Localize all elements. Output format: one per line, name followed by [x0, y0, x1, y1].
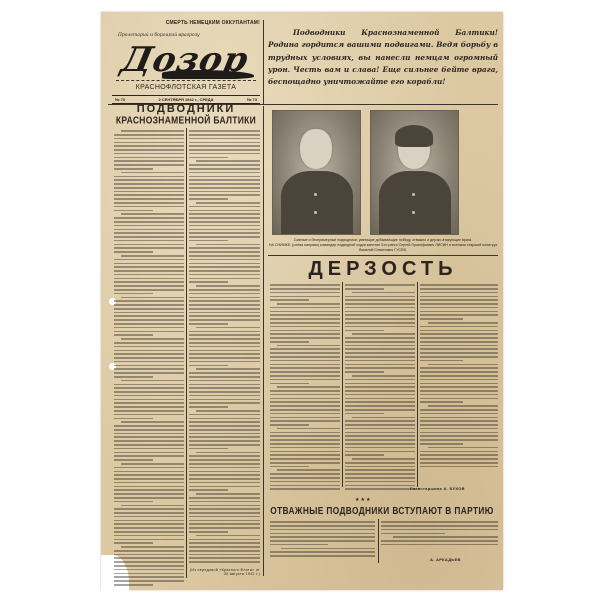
- text-line: [270, 481, 340, 483]
- text-line: [277, 345, 340, 347]
- text-line: [189, 486, 260, 488]
- text-line: [345, 326, 415, 328]
- text-line: [114, 361, 184, 363]
- text-line: [270, 447, 340, 449]
- text-line: [270, 432, 340, 434]
- text-line: [114, 387, 184, 389]
- text-line: [189, 153, 260, 155]
- text-line: [345, 420, 415, 422]
- text-line: [114, 247, 184, 249]
- text-line: [114, 391, 184, 393]
- column-divider: [342, 282, 343, 487]
- text-line: [189, 300, 260, 302]
- newspaper-subtitle: КРАСНОФЛОТСКАЯ ГАЗЕТА: [112, 84, 260, 91]
- text-line: [114, 452, 184, 454]
- text-line: [114, 395, 184, 397]
- text-line: [345, 360, 415, 362]
- text-line: [352, 417, 415, 419]
- issue-number: № 73: [112, 96, 128, 103]
- text-line: [189, 179, 260, 181]
- text-line: [345, 477, 415, 479]
- text-line: [114, 497, 184, 499]
- text-line: [189, 531, 228, 533]
- issue-number: № 73: [244, 96, 260, 103]
- text-line: [420, 439, 498, 441]
- text-line: [277, 303, 340, 305]
- text-line: [277, 469, 340, 471]
- text-line: [420, 371, 498, 373]
- text-line: [345, 314, 415, 316]
- text-line: [381, 533, 445, 535]
- text-line: [189, 399, 260, 401]
- bottom-article-signature: А. АРКАДЬЕВ: [430, 557, 461, 562]
- text-line: [114, 486, 184, 488]
- text-line: [114, 474, 184, 476]
- text-line: [114, 240, 184, 242]
- text-line: [114, 342, 184, 344]
- text-line: [196, 244, 260, 246]
- text-line: [189, 365, 228, 367]
- text-line: [189, 149, 260, 151]
- text-line: [270, 401, 340, 403]
- text-line: [270, 462, 340, 464]
- text-line: [189, 130, 260, 132]
- text-line: [189, 225, 260, 227]
- text-line: [114, 448, 184, 450]
- text-line: [345, 439, 415, 441]
- text-line: [420, 443, 463, 445]
- text-line: [345, 432, 415, 434]
- text-line: [189, 459, 260, 461]
- text-line: [420, 435, 498, 437]
- text-line: [189, 198, 228, 200]
- text-line: [189, 425, 260, 427]
- text-line: [189, 312, 260, 314]
- text-line: [121, 546, 184, 548]
- text-line: [114, 210, 153, 212]
- text-line: [345, 466, 415, 468]
- text-line: [270, 341, 309, 343]
- text-line: [381, 521, 498, 523]
- text-line: [420, 432, 498, 434]
- text-line: [114, 206, 184, 208]
- text-line: [114, 285, 184, 287]
- text-line: [121, 297, 184, 299]
- text-line: [114, 573, 184, 575]
- text-line: [420, 337, 498, 339]
- text-line: [281, 548, 376, 550]
- text-line: [420, 356, 498, 358]
- text-line: [114, 535, 184, 537]
- text-line: [420, 326, 498, 328]
- text-line: [345, 451, 415, 453]
- text-line: [189, 142, 260, 144]
- text-line: [345, 435, 415, 437]
- text-line: [189, 433, 260, 435]
- text-line: [420, 420, 498, 422]
- text-line: [114, 225, 184, 227]
- text-line: [189, 255, 260, 257]
- column-divider: [263, 20, 264, 105]
- text-line: [114, 489, 184, 491]
- text-line: [189, 304, 260, 306]
- text-line: [345, 318, 415, 320]
- text-line: [189, 478, 260, 480]
- text-line: [270, 555, 375, 557]
- text-line: [196, 327, 260, 329]
- text-line: [114, 425, 184, 427]
- text-line: [345, 390, 415, 392]
- text-line: [114, 331, 184, 333]
- text-line: [189, 471, 260, 473]
- text-line: [345, 469, 415, 471]
- portrait-photo: [272, 110, 361, 235]
- text-line: [345, 352, 415, 354]
- text-line: [420, 288, 498, 290]
- text-line: [345, 394, 415, 396]
- text-line: [114, 346, 184, 348]
- text-line: [114, 493, 184, 495]
- bottom-article-column: [381, 519, 498, 549]
- text-line: [114, 542, 153, 544]
- text-line: [189, 497, 260, 499]
- text-line: [270, 296, 340, 298]
- text-line: [114, 482, 184, 484]
- text-line: [270, 394, 340, 396]
- text-line: [189, 236, 260, 238]
- text-line: [189, 542, 260, 544]
- text-line: [345, 398, 415, 400]
- text-line: [345, 443, 415, 445]
- text-line: [189, 406, 228, 408]
- text-line: [189, 508, 260, 510]
- text-line: [114, 520, 184, 522]
- text-line: [114, 531, 184, 533]
- text-line: [393, 536, 498, 538]
- text-line: [189, 546, 260, 548]
- text-line: [114, 134, 184, 136]
- text-line: [420, 341, 498, 343]
- text-line: [420, 367, 498, 369]
- text-line: [270, 390, 340, 392]
- text-line: [189, 554, 260, 556]
- text-line: [114, 236, 184, 238]
- text-line: [121, 463, 184, 465]
- text-line: [114, 194, 184, 196]
- text-line: [189, 402, 260, 404]
- text-line: [381, 525, 498, 527]
- text-line: [114, 138, 184, 140]
- text-line: [114, 561, 184, 563]
- text-line: [189, 213, 260, 215]
- text-line: [270, 292, 340, 294]
- text-line: [189, 429, 260, 431]
- text-line: [114, 353, 184, 355]
- left-article-column: [114, 128, 184, 590]
- text-line: [270, 367, 340, 369]
- text-line: [189, 418, 260, 420]
- text-line: [114, 372, 184, 374]
- text-line: [428, 322, 498, 324]
- text-line: [270, 322, 340, 324]
- text-line: [114, 512, 184, 514]
- text-line: [189, 505, 260, 507]
- text-line: [189, 440, 260, 442]
- left-article-headline: ПОДВОДНИКИ КРАСНОЗНАМЕННОЙ БАЛТИКИ: [112, 103, 260, 125]
- main-article-column: [420, 282, 498, 472]
- text-line: [114, 176, 184, 178]
- text-line: [352, 333, 415, 335]
- text-line: [114, 315, 184, 317]
- text-line: [189, 281, 228, 283]
- text-line: [121, 505, 184, 507]
- text-line: [189, 217, 260, 219]
- text-line: [270, 529, 375, 531]
- text-line: [345, 383, 415, 385]
- text-line: [189, 501, 260, 503]
- text-line: [189, 384, 260, 386]
- text-line: [345, 311, 415, 313]
- text-line: [114, 436, 184, 438]
- text-line: [270, 439, 340, 441]
- text-line: [189, 414, 260, 416]
- text-line: [270, 383, 309, 385]
- text-line: [270, 288, 340, 290]
- text-line: [114, 508, 184, 510]
- text-line: [345, 307, 415, 309]
- text-line: [189, 247, 260, 249]
- text-line: [121, 421, 184, 423]
- text-line: [381, 540, 498, 542]
- text-line: [270, 405, 340, 407]
- text-line: [114, 557, 184, 559]
- text-line: [114, 153, 184, 155]
- text-line: [114, 160, 184, 162]
- text-line: [270, 307, 340, 309]
- text-line: [420, 383, 498, 385]
- text-line: [114, 444, 184, 446]
- text-line: [420, 311, 498, 313]
- text-line: [189, 520, 260, 522]
- text-line: [189, 315, 260, 317]
- text-line: [381, 529, 498, 531]
- text-line: [345, 303, 415, 305]
- text-line: [270, 284, 340, 286]
- text-line: [189, 210, 260, 212]
- text-line: [189, 157, 228, 159]
- text-line: [114, 251, 153, 253]
- text-line: [189, 270, 260, 272]
- text-line: [114, 471, 184, 473]
- text-line: [420, 284, 498, 286]
- text-line: [277, 428, 340, 430]
- text-line: [114, 539, 184, 541]
- text-line: [270, 417, 340, 419]
- text-line: [189, 297, 260, 299]
- text-line: [345, 401, 415, 403]
- waves-decoration: [116, 80, 256, 83]
- text-line: [420, 409, 498, 411]
- text-line: [270, 454, 340, 456]
- text-line: [270, 551, 375, 553]
- text-line: [114, 350, 184, 352]
- column-divider: [186, 128, 187, 578]
- text-line: [345, 428, 415, 430]
- text-line: [189, 176, 260, 178]
- text-line: [352, 375, 415, 377]
- text-line: [189, 134, 260, 136]
- text-line: [114, 232, 184, 234]
- masthead: СМЕРТЬ НЕМЕЦКИМ ОККУПАНТАМ! Пролетарий и…: [112, 20, 260, 102]
- text-line: [189, 278, 260, 280]
- issue-date: 2 СЕНТЯБРЯ 1942 г., СРЕДА: [155, 96, 216, 103]
- text-line: [420, 413, 498, 415]
- text-line: [270, 360, 340, 362]
- text-line: [114, 266, 184, 268]
- text-line: [345, 288, 384, 290]
- text-line: [352, 292, 415, 294]
- text-line: [196, 452, 260, 454]
- text-line: [189, 516, 260, 518]
- text-line: [196, 410, 260, 412]
- text-line: [114, 467, 184, 469]
- text-line: [189, 293, 260, 295]
- text-line: [114, 365, 184, 367]
- text-line: [189, 361, 260, 363]
- text-line: [270, 536, 375, 538]
- text-line: [420, 314, 498, 316]
- text-line: [189, 251, 260, 253]
- text-line: [196, 202, 260, 204]
- text-line: [189, 372, 260, 374]
- text-line: [189, 455, 260, 457]
- text-line: [420, 379, 498, 381]
- text-line: [345, 462, 415, 464]
- text-line: [345, 322, 415, 324]
- text-line: [420, 307, 498, 309]
- text-line: [420, 466, 498, 468]
- text-line: [420, 318, 463, 320]
- text-line: [114, 414, 184, 416]
- text-line: [270, 435, 340, 437]
- text-line: [189, 187, 260, 189]
- text-line: [189, 221, 260, 223]
- text-line: [114, 357, 184, 359]
- text-line: [189, 191, 260, 193]
- text-line: [345, 405, 415, 407]
- text-line: [189, 172, 260, 174]
- text-line: [189, 527, 260, 529]
- text-line: [270, 326, 340, 328]
- text-line: [189, 353, 260, 355]
- text-line: [189, 232, 260, 234]
- text-line: [270, 458, 340, 460]
- text-line: [196, 285, 260, 287]
- text-line: [345, 299, 415, 301]
- text-line: [270, 364, 340, 366]
- text-line: [114, 554, 184, 556]
- text-line: [114, 580, 184, 582]
- text-line: [270, 413, 340, 415]
- text-line: [270, 311, 340, 313]
- text-line: [345, 296, 415, 298]
- text-line: [345, 356, 415, 358]
- text-line: [189, 395, 260, 397]
- text-line: [189, 444, 260, 446]
- text-line: [121, 380, 184, 382]
- text-line: [114, 376, 153, 378]
- text-line: [189, 387, 260, 389]
- text-line: [114, 399, 184, 401]
- portrait-photo: [370, 110, 459, 235]
- text-line: [114, 550, 184, 552]
- text-line: [114, 164, 184, 166]
- text-line: [114, 229, 184, 231]
- text-line: [420, 330, 498, 332]
- text-line: [114, 459, 153, 461]
- text-line: [345, 348, 415, 350]
- text-line: [420, 299, 498, 301]
- text-line: [270, 398, 340, 400]
- text-line: [420, 296, 498, 298]
- text-line: [345, 386, 415, 388]
- text-line: [114, 327, 184, 329]
- text-line: [189, 338, 260, 340]
- text-line: [114, 183, 184, 185]
- column-divider: [417, 282, 418, 487]
- text-line: [270, 525, 375, 527]
- text-line: [420, 352, 498, 354]
- text-line: [345, 424, 415, 426]
- text-line: [114, 244, 184, 246]
- text-line: [420, 333, 498, 335]
- text-line: [114, 274, 184, 276]
- text-line: [114, 168, 153, 170]
- text-line: [381, 544, 498, 546]
- text-line: [189, 557, 260, 559]
- text-line: [189, 263, 260, 265]
- main-article-headline: ДЕРЗОСТЬ: [268, 258, 498, 281]
- text-line: [270, 330, 340, 332]
- text-line: [270, 477, 340, 479]
- text-line: [114, 202, 184, 204]
- text-line: [196, 160, 260, 162]
- text-line: [420, 360, 463, 362]
- text-line: [189, 448, 228, 450]
- text-line: [196, 535, 260, 537]
- text-line: [114, 187, 184, 189]
- text-line: [270, 533, 375, 535]
- text-line: [270, 352, 340, 354]
- text-line: [114, 263, 184, 265]
- text-line: [345, 330, 384, 332]
- text-line: [114, 576, 184, 578]
- text-line: [189, 436, 260, 438]
- text-line: [121, 130, 184, 132]
- left-article-column: [189, 128, 260, 566]
- text-line: [114, 334, 153, 336]
- text-line: [189, 194, 260, 196]
- text-line: [270, 314, 340, 316]
- text-line: [270, 544, 328, 546]
- main-article-signature: Главстаршина А. БУХОВ: [410, 486, 465, 491]
- text-line: [345, 481, 415, 483]
- text-line: [189, 421, 260, 423]
- text-line: [420, 292, 498, 294]
- text-line: [114, 323, 184, 325]
- text-line: [270, 451, 340, 453]
- text-line: [114, 179, 184, 181]
